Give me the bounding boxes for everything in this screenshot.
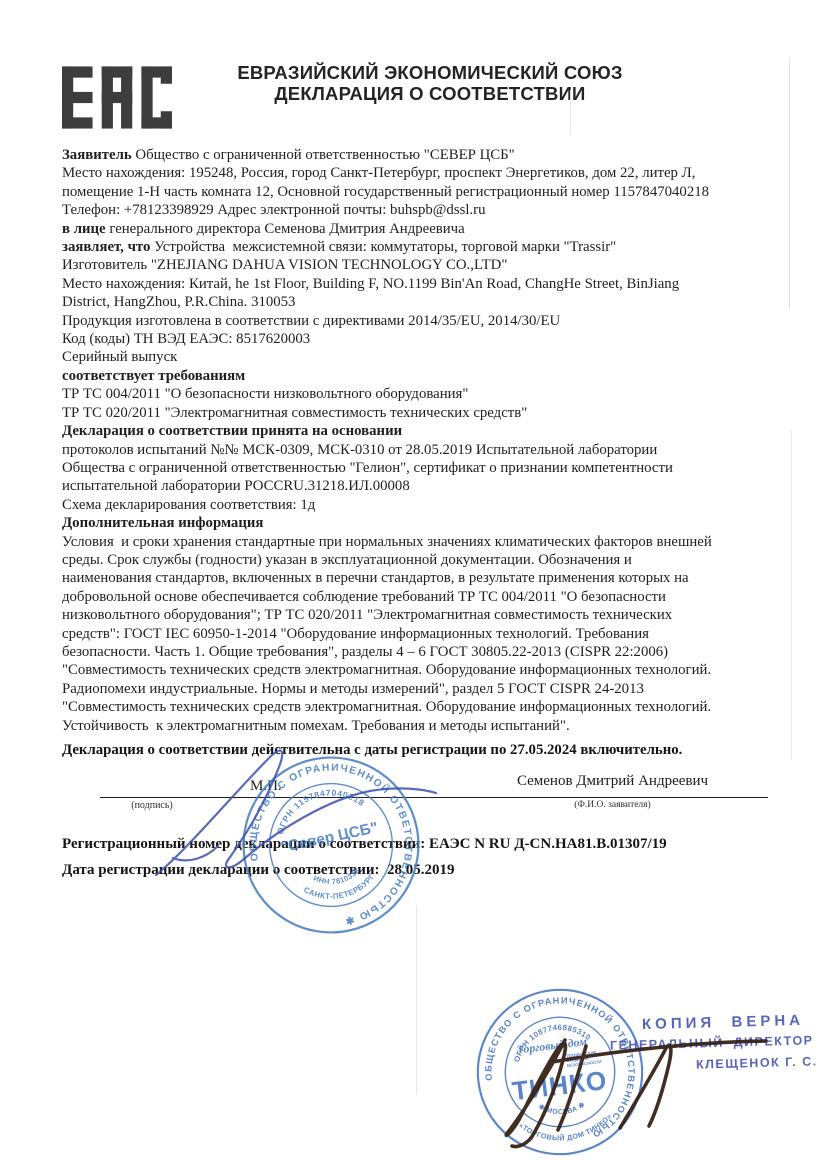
declaration-page: ЕВРАЗИЙСКИЙ ЭКОНОМИЧЕСКИЙ СОЮЗ ДЕКЛАРАЦИ…: [0, 0, 823, 1164]
text-line: Изготовитель "ZHEJIANG DAHUA VISION TECH…: [62, 256, 786, 274]
text-line: добровольной основе обеспечивается соблю…: [62, 588, 786, 606]
text-line: в лице генерального директора Семенова Д…: [62, 220, 786, 238]
text-line: Заявитель Общество с ограниченной ответс…: [62, 146, 786, 164]
crease-mark: [570, 90, 571, 135]
text-line: Продукция изготовлена в соответствии с д…: [62, 312, 786, 330]
text-line: соответствует требованиям: [62, 367, 786, 385]
text-line: Условия и сроки хранения стандартные при…: [62, 533, 786, 551]
applicant-name: Семенов Дмитрий Андреевич: [455, 773, 770, 790]
text-line: District, HangZhou, P.R.China. 310053: [62, 293, 786, 311]
text-line: наименования стандартов, включенных в пе…: [62, 569, 786, 587]
text-line: Схема декларирования соответствия: 1д: [62, 496, 786, 514]
crease-mark: [791, 430, 792, 760]
director-handwritten-signature: [468, 1012, 788, 1157]
applicant-name-caption: (Ф.И.О. заявителя): [455, 800, 770, 810]
text-line: Место нахождения: Китай, he 1st Floor, B…: [62, 275, 786, 293]
text-line: испытательной лаборатории РОССRU.31218.И…: [62, 477, 786, 495]
text-line: средств": ГОСТ IEC 60950-1-2014 "Оборудо…: [62, 625, 786, 643]
text-line: помещение 1-Н часть комната 12, Основной…: [62, 183, 786, 201]
crease-mark: [789, 58, 790, 308]
applicant-handwritten-signature: [118, 733, 458, 893]
text-line: ТР ТС 004/2011 "О безопасности низковоль…: [62, 385, 786, 403]
text-line: Телефон: +78123398929 Адрес электронной …: [62, 201, 786, 219]
text-line: Дополнительная информация: [62, 514, 786, 532]
title-declaration-line: ДЕКЛАРАЦИЯ О СООТВЕТСТВИИ: [130, 84, 730, 105]
text-line: Общества с ограниченной ответственностью…: [62, 459, 786, 477]
document-body: Заявитель Общество с ограниченной ответс…: [62, 146, 786, 735]
text-line: "Совместимость технических средств элект…: [62, 698, 786, 716]
document-title: ЕВРАЗИЙСКИЙ ЭКОНОМИЧЕСКИЙ СОЮЗ ДЕКЛАРАЦИ…: [130, 63, 730, 104]
text-line: заявляет, что Устройства межсистемной св…: [62, 238, 786, 256]
text-line: протоколов испытаний №№ МСК-0309, МСК-03…: [62, 441, 786, 459]
text-line: низковольтного оборудования"; ТР ТС 020/…: [62, 606, 786, 624]
text-line: Код (коды) ТН ВЭД ЕАЭС: 8517620003: [62, 330, 786, 348]
text-line: "Совместимость технических средств элект…: [62, 661, 786, 679]
title-union-line: ЕВРАЗИЙСКИЙ ЭКОНОМИЧЕСКИЙ СОЮЗ: [130, 63, 730, 84]
crease-mark: [416, 905, 417, 1095]
text-line: Декларация о соответствии принята на осн…: [62, 422, 786, 440]
text-line: ТР ТС 020/2011 "Электромагнитная совмест…: [62, 404, 786, 422]
text-line: среды. Срок службы (годности) указан в э…: [62, 551, 786, 569]
text-line: Серийный выпуск: [62, 348, 786, 366]
text-line: безопасности. Часть 1. Общие требования"…: [62, 643, 786, 661]
text-line: Радиопомехи индустриальные. Нормы и мето…: [62, 680, 786, 698]
text-line: Место нахождения: 195248, Россия, город …: [62, 164, 786, 182]
